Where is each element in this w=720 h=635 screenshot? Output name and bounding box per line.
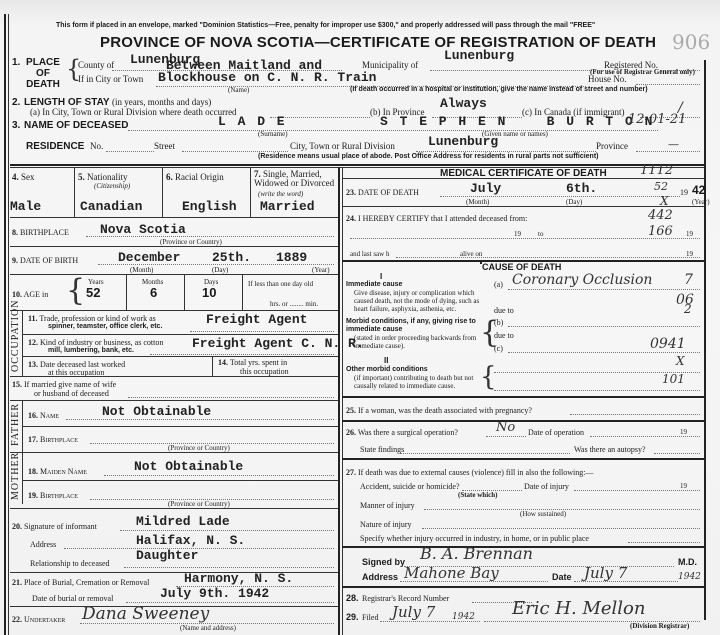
immediate-cause-desc: Give disease, injury or complication whi… — [354, 289, 486, 313]
filed-label: Filed — [362, 613, 378, 622]
cause-a-label: (a) — [494, 280, 503, 289]
margin-code: 1112 — [640, 163, 673, 178]
racial-origin-value: English — [182, 199, 237, 214]
informant-value: Mildred Lade — [136, 514, 230, 529]
county-label: County of — [78, 60, 114, 70]
due-to-1: due to — [494, 306, 514, 315]
age-hrs-min: hrs. or ........ min. — [270, 300, 318, 308]
informant-address-label: Address — [30, 540, 56, 549]
informant-address-value: Halifax, N. S. — [136, 533, 245, 548]
death-month-value: July — [470, 181, 501, 196]
accident-label: Accident, suicide or homicide? — [360, 482, 460, 491]
margin-code: 7 — [684, 272, 693, 288]
field-number: 29. — [346, 612, 359, 622]
accident-note: (State which) — [458, 491, 497, 499]
informant-relationship-label: Relationship to deceased — [30, 559, 110, 568]
birthplace-value: Nova Scotia — [100, 222, 186, 237]
margin-code: X — [676, 354, 685, 368]
injury-date-label: Date of injury — [524, 482, 569, 491]
alive-19: 19 — [686, 250, 693, 258]
undertaker-label: 22. Undertaker — [12, 615, 65, 624]
racial-origin-label: 6. Racial Origin — [166, 172, 224, 182]
spouse-label: 15. If married give name of wife — [12, 380, 116, 389]
left-border-inner — [8, 14, 9, 635]
mother-name-value: Not Obtainable — [134, 459, 243, 474]
nationality-sublabel: (Citizenship) — [94, 182, 130, 190]
mother-name-label: 18. Maiden Name — [28, 467, 87, 476]
field-number: 1. — [12, 57, 20, 68]
municipality-label: Municipality of — [362, 60, 418, 70]
age-label: 10. AGE in — [12, 290, 48, 299]
field-number: 28. — [346, 593, 359, 603]
morbid-conditions-desc: (stated in order proceeding backwards fr… — [354, 334, 480, 350]
total-years-label2: this occupation — [240, 367, 289, 376]
physician-signature: B. A. Brennan — [420, 544, 533, 563]
residence-city-label: City, Town or Rural Division — [290, 141, 395, 151]
physician-address-value: Mahone Bay — [404, 564, 499, 582]
name-note: (Name) — [228, 86, 249, 94]
mail-notice: This form if placed in an envelope, mark… — [56, 22, 595, 29]
birthplace-label: 8. BIRTHPLACE — [12, 228, 69, 237]
findings-label: State findings — [360, 445, 404, 454]
burial-date-value: July 9th. 1942 — [160, 586, 269, 601]
age-months-value: 6 — [150, 285, 157, 300]
residence-note: (Residence means usual place of abode. P… — [258, 153, 599, 160]
cause-of-death-title: CAUSE OF DEATH — [482, 262, 561, 272]
trade-label: 11. Trade, profession or kind of work as — [28, 314, 156, 323]
dob-year-note: (Year) — [312, 266, 330, 274]
residence-province-value: — — [668, 138, 679, 151]
name-of-deceased-label: NAME OF DECEASED — [24, 120, 128, 131]
operation-label: 26. Was there a surgical operation? — [346, 428, 458, 437]
occupation-side-label: OCCUPATION — [10, 300, 21, 372]
roman-i: I — [380, 272, 382, 281]
date-of-death-label: 23. DATE OF DEATH — [346, 188, 419, 197]
dob-label: 9. DATE OF BIRTH — [12, 256, 78, 265]
manner-label: Manner of injury — [360, 501, 415, 510]
certify-19-end: 19 — [686, 230, 693, 238]
surname-value: L A D E — [218, 114, 287, 129]
dob-day-note: (Day) — [212, 266, 228, 274]
father-birthplace-label: 17. Birthplace — [28, 435, 78, 444]
total-years-label: 14. Total yrs. spent in — [218, 358, 287, 367]
column-divider — [338, 167, 340, 635]
stay-city-label: (a) In City, Town or Rural Division wher… — [30, 107, 237, 117]
dob-day-value: 25th. — [212, 250, 251, 265]
burial-date-label: Date of burial or removal — [32, 594, 113, 603]
other-conditions-desc: (if important) contributing to death but… — [354, 374, 480, 390]
specify-label: Specify whether injury occurred in indus… — [360, 534, 589, 543]
nationality-value: Canadian — [80, 199, 142, 214]
margin-code: 0941 — [650, 336, 686, 352]
burial-label: 21. Place of Burial, Cremation or Remova… — [12, 578, 149, 587]
certificate-title: PROVINCE OF NOVA SCOTIA—CERTIFICATE OF R… — [100, 34, 656, 51]
death-day-note: (Day) — [566, 198, 582, 206]
physician-date-value: July 7 — [584, 564, 627, 582]
stay-province-value: Always — [440, 96, 487, 111]
nature-label: Nature of injury — [360, 520, 412, 529]
birthplace-note: (Province or Country) — [160, 238, 222, 246]
margin-code: 12-01-21 — [628, 112, 686, 127]
nationality-label: 5. Nationality — [78, 172, 128, 182]
registrar-signature: Eric H. Mellon — [512, 598, 645, 619]
sex-value: Male — [10, 199, 41, 214]
stamp-number: 906 — [672, 30, 710, 54]
manner-note: (How sustained) — [520, 510, 566, 518]
spouse-label2: or husband of deceased — [34, 389, 109, 398]
death-year-value: 42 — [692, 183, 705, 197]
immediate-cause-label: Immediate cause — [346, 281, 402, 288]
trade-label2: spinner, teamster, office clerk, etc. — [48, 323, 162, 330]
alive-on-label: alive on — [460, 250, 482, 258]
dob-year-value: 1889 — [276, 250, 307, 265]
place-of-death-label: PLACE OF DEATH — [26, 57, 60, 90]
death-month-note: (Month) — [466, 198, 489, 206]
injury-19: 19 — [680, 482, 687, 490]
municipality-value: Lunenburg — [444, 48, 514, 63]
death-certificate: This form if placed in an envelope, mark… — [0, 0, 720, 635]
mother-side-label: MOTHER — [10, 452, 21, 500]
registrar-note: (Division Registrar) — [630, 622, 689, 630]
margin-code: 101 — [662, 372, 685, 386]
due-to-2: due to — [494, 331, 514, 340]
cause-a-value: Coronary Occlusion — [512, 272, 652, 288]
city-label: If in City or Town — [78, 74, 143, 84]
dob-month-value: December — [118, 250, 180, 265]
mother-birthplace-label: 19. Birthplace — [28, 491, 78, 500]
undertaker-signature: Dana Sweeney — [82, 604, 209, 624]
external-causes-label: 27. If death was due to external causes … — [346, 468, 593, 477]
margin-code: 52 — [654, 180, 668, 193]
record-number-label: Registrar's Record Number — [362, 594, 449, 603]
house-no-label: House No. — [588, 74, 627, 84]
death-year-prefix: 19 — [680, 188, 688, 197]
other-conditions-label: Other morbid conditions — [346, 366, 428, 373]
residence-label: RESIDENCE — [26, 141, 84, 152]
cause-c-label: (c) — [494, 344, 503, 353]
certify-to: to — [538, 230, 543, 238]
morbid-conditions-label: Morbid conditions, if any, giving rise t… — [346, 318, 480, 334]
residence-province-label: Province — [596, 141, 628, 151]
industry-label2: mill, lumbering, bank, etc. — [48, 347, 134, 354]
field-number: 2. — [12, 97, 20, 108]
death-day-value: 6th. — [566, 181, 597, 196]
margin-code: 166 — [648, 224, 673, 239]
dob-month-note: (Month) — [130, 266, 153, 274]
margin-code: 442 — [648, 208, 673, 223]
father-side-label: FATHER — [10, 403, 21, 446]
md-label: M.D. — [678, 557, 697, 567]
operation-value: No — [496, 420, 515, 435]
sex-label: 4. Sex — [12, 172, 35, 182]
marital-sublabel: (write the word) — [258, 190, 303, 198]
industry-label: 12. Kind of industry or business, as cot… — [28, 338, 163, 347]
death-year-note: (Year) — [692, 198, 710, 206]
physician-date-label: Date — [552, 572, 572, 582]
last-saw-label: and last saw h — [350, 250, 389, 258]
filed-year: 1942 — [452, 612, 475, 622]
residence-no-label: No. — [90, 141, 103, 151]
age-years-value: 52 — [86, 285, 100, 300]
surname-note: (Surname) — [258, 130, 288, 138]
city-value-line2: Blockhouse on C. N. R. Train — [158, 70, 376, 85]
autopsy-label: Was there an autopsy? — [574, 445, 646, 454]
physician-address-label: Address — [362, 572, 398, 582]
operation-19: 19 — [680, 428, 687, 436]
informant-label: 20. Signature of informant — [12, 522, 97, 531]
residence-street-label: Street — [154, 141, 175, 151]
age-less-label: If less than one day old — [248, 280, 313, 288]
left-border — [4, 14, 6, 635]
physician-date-year: 1942 — [678, 572, 701, 582]
residence-city-value: Lunenburg — [428, 134, 498, 149]
burial-value: Harmony, N. S. — [184, 571, 293, 586]
marital-value: Married — [260, 199, 315, 214]
hospital-note: (If death occurred in a hospital or inst… — [350, 86, 648, 93]
trade-value: Freight Agent — [206, 312, 307, 327]
length-of-stay-note: (in years, months and days) — [112, 97, 211, 107]
margin-code: 2 — [684, 302, 692, 316]
undertaker-note: (Name and address) — [180, 624, 236, 632]
cause-b-label: (b) — [494, 318, 503, 327]
father-name-label: 16. Name — [28, 411, 59, 420]
given-names-value: S T E P H E N B U R T O N — [380, 114, 654, 129]
signed-by-label: Signed by — [362, 557, 405, 567]
age-days-value: 10 — [202, 285, 216, 300]
father-birthplace-note: (Province or Country) — [168, 444, 230, 452]
right-border — [704, 60, 706, 620]
operation-date-label: Date of operation — [528, 428, 584, 437]
informant-relationship-value: Daughter — [136, 548, 198, 563]
roman-ii: II — [384, 356, 388, 365]
certify-label: 24. I HEREBY CERTIFY that I attended dec… — [346, 214, 527, 223]
filed-date-value: July 7 — [392, 603, 435, 621]
industry-value: Freight Agent C. N. R. — [192, 336, 364, 351]
father-name-value: Not Obtainable — [102, 404, 211, 419]
pregnancy-label: 25. If a woman, was the death associated… — [346, 406, 532, 415]
mother-birthplace-note: (Province or Country) — [168, 500, 230, 508]
marital-label: 7. Single, Married, Widowed or Divorced — [254, 170, 340, 188]
certify-19: 19 — [514, 230, 521, 238]
field-number: 3. — [12, 120, 20, 131]
